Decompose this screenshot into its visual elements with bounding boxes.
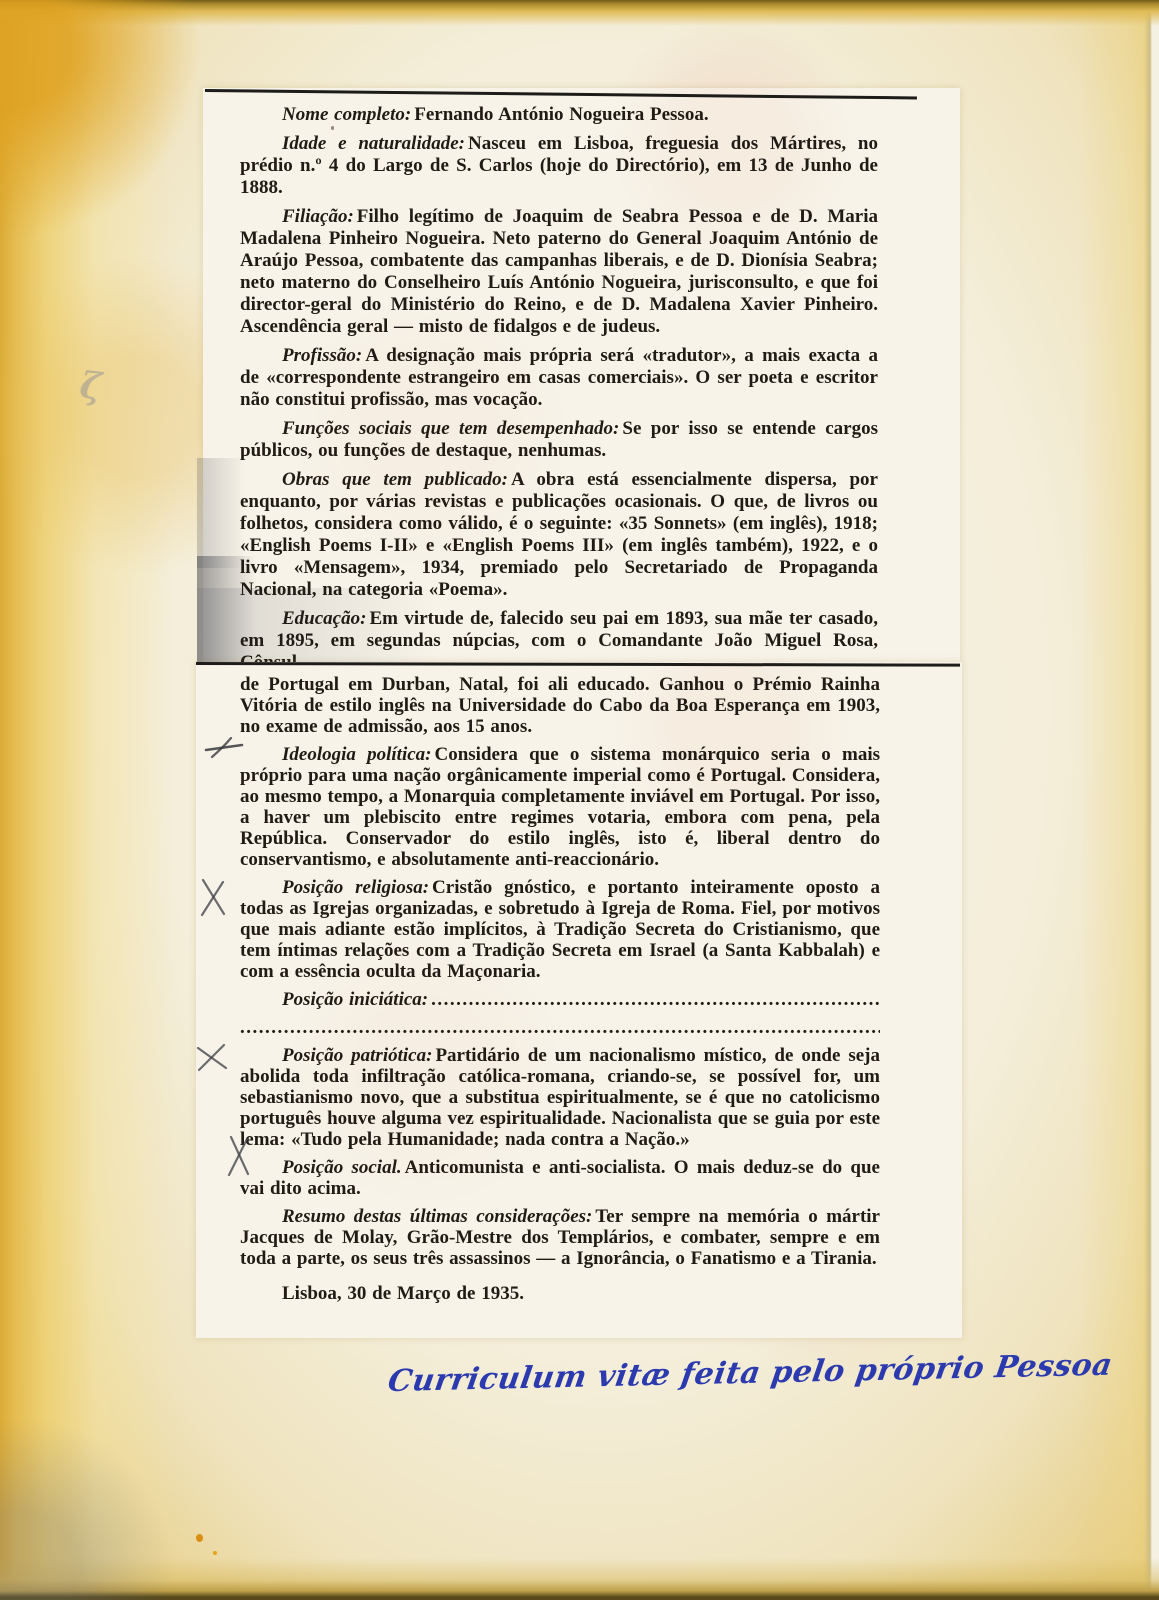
- clipping-upper: Nome completo:Fernando António Nogueira …: [203, 88, 960, 662]
- section-idade-naturalidade: Idade e naturalidade:Nasceu em Lisboa, f…: [240, 133, 878, 199]
- clipping-top-rule: [205, 89, 917, 99]
- section-nome-completo: Nome completo:Fernando António Nogueira …: [240, 104, 878, 126]
- section-label: Resumo destas últimas considerações:: [282, 1206, 592, 1227]
- scanned-page: Nome completo:Fernando António Nogueira …: [0, 0, 1159, 1600]
- dotted-line: ........................................…: [240, 1017, 880, 1038]
- section-posicao-religiosa: Posição religiosa:Cristão gnóstico, e po…: [240, 877, 880, 982]
- pencil-x-icon: [195, 1042, 229, 1072]
- section-label: Profissão:: [282, 345, 362, 366]
- section-ideologia-politica: Ideologia política:Considera que o siste…: [240, 744, 880, 870]
- section-funcoes-sociais: Funções sociais que tem desempenhado:Se …: [240, 418, 878, 462]
- section-label: Posição religiosa:: [282, 877, 429, 898]
- dateline: Lisboa, 30 de Março de 1935.: [240, 1283, 880, 1304]
- clipping-divider-rule: [196, 662, 960, 667]
- section-label: Posição patriótica:: [282, 1045, 432, 1066]
- section-label: Ideologia política:: [282, 744, 431, 765]
- section-text: Fernando António Nogueira Pessoa.: [414, 104, 708, 125]
- handwritten-note: Curriculum vitæ feita pelo próprio Pesso…: [385, 1349, 1011, 1401]
- section-resumo: Resumo destas últimas considerações:Ter …: [240, 1206, 880, 1269]
- dot-leader: ........................................…: [431, 989, 880, 1010]
- paper-speck: [213, 1551, 217, 1555]
- section-label: Idade e naturalidade:: [282, 133, 465, 154]
- section-posicao-iniciatica: Posição iniciática:.....................…: [240, 989, 880, 1010]
- section-obras: Obras que tem publicado:A obra está esse…: [240, 469, 878, 601]
- section-label: Nome completo:: [282, 104, 411, 125]
- section-label: Posição social.: [282, 1157, 402, 1178]
- section-label: Posição iniciática:: [282, 989, 428, 1010]
- section-posicao-patriotica: Posição patriótica:Partidário de um naci…: [240, 1045, 880, 1150]
- paper-speck: [196, 1534, 203, 1542]
- text-column-lower: de Portugal em Durban, Natal, foi ali ed…: [240, 674, 880, 1311]
- section-text: de Portugal em Durban, Natal, foi ali ed…: [240, 674, 880, 737]
- faint-pencil-curl-icon: ζ: [78, 367, 103, 405]
- pencil-x-icon: [199, 876, 227, 918]
- section-label: Funções sociais que tem desempenhado:: [282, 418, 619, 439]
- section-posicao-social: Posição social.Anticomunista e anti-soci…: [240, 1157, 880, 1199]
- section-educacao-continuation: de Portugal em Durban, Natal, foi ali ed…: [240, 674, 880, 737]
- clipping-lower: de Portugal em Durban, Natal, foi ali ed…: [196, 662, 962, 1338]
- paper-speck: [331, 126, 334, 130]
- text-column-upper: Nome completo:Fernando António Nogueira …: [240, 104, 878, 681]
- pen-squiggle-icon: [204, 737, 246, 761]
- section-label: Filiação:: [282, 206, 354, 227]
- section-profissao: Profissão:A designação mais própria será…: [240, 345, 878, 411]
- pencil-x-icon: [226, 1134, 252, 1178]
- section-label: Educação:: [282, 608, 366, 629]
- section-filiacao: Filiação:Filho legítimo de Joaquim de Se…: [240, 206, 878, 338]
- section-label: Obras que tem publicado:: [282, 469, 508, 490]
